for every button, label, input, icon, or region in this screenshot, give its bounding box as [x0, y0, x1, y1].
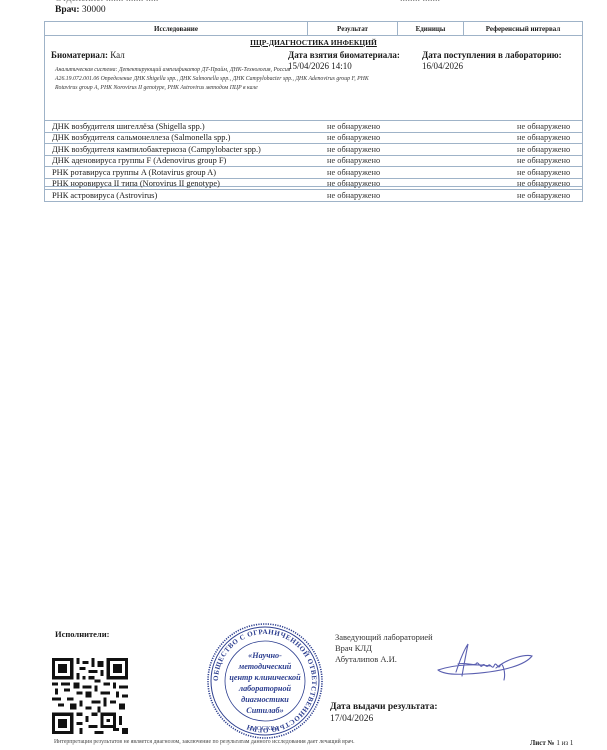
test-result: не обнаружено	[327, 122, 517, 131]
analytic-line: Rotavirus group A, РНК Norovirus II geno…	[55, 84, 535, 93]
cutoff-left-text: Отделение: ....... ....... .....	[55, 0, 158, 4]
issue-date: Дата выдачи результата: 17/04/2026	[330, 702, 437, 725]
column-header-result: Результат	[308, 22, 398, 35]
table-row: РНК ротавируса группы A (Rotavirus group…	[44, 167, 583, 179]
test-name: ДНК аденовируса группы F (Adenovirus gro…	[45, 156, 327, 165]
test-result: не обнаружено	[327, 145, 517, 154]
collection-date-label: Дата взятия биоматериала:	[288, 50, 400, 60]
stamp-line: центр клинической	[206, 672, 324, 683]
table-row: РНК астровируса (Astrovirus) не обнаруже…	[44, 190, 583, 202]
signature-icon	[436, 642, 536, 682]
issue-date-label: Дата выдачи результата:	[330, 702, 437, 712]
test-result: не обнаружено	[327, 179, 517, 188]
signer-name: Абуталипов А.И.	[335, 654, 433, 665]
stamp-bottom-text: МОСКВА	[251, 725, 279, 732]
test-name: РНК астровируса (Astrovirus)	[45, 191, 327, 200]
lab-stamp: ОБЩЕСТВО С ОГРАНИЧЕННОЙ ОТВЕТСТВЕННОСТЬЮ…	[206, 622, 324, 740]
sheet-number: Лист № 1 из 1	[530, 739, 573, 747]
stamp-line: «Научно-	[206, 650, 324, 661]
column-header-reference: Референсный интервал	[464, 22, 582, 35]
signer-block: Заведующий лабораторией Врач КЛД Абутали…	[335, 632, 433, 665]
cutoff-header-line: Отделение: ....... ....... ..... .......…	[55, 0, 575, 3]
test-name: РНК ротавируса группы A (Rotavirus group…	[45, 168, 327, 177]
issue-date-value: 17/04/2026	[330, 714, 373, 724]
test-result: не обнаружено	[327, 191, 517, 200]
stamp-line: диагностики	[206, 694, 324, 705]
test-reference: не обнаружено	[517, 145, 582, 154]
doctor-label: Врач:	[55, 5, 80, 15]
column-header-units: Единицы	[398, 22, 464, 35]
table-header: Исследование Результат Единицы Референсн…	[45, 22, 582, 36]
cutoff-right-text: ........ .......	[400, 0, 440, 4]
qr-code-icon[interactable]	[52, 658, 128, 734]
performers-label: Исполнители:	[55, 629, 109, 639]
received-date-label: Дата поступления в лабораторию:	[422, 50, 562, 60]
sheet-label: Лист №	[530, 739, 555, 747]
sheet-value: 1 из 1	[556, 739, 573, 747]
analytic-line: A26.19.072.001.06 Определение ДНК Shigel…	[55, 75, 535, 84]
biomaterial-value: Кал	[110, 50, 124, 60]
test-name: РНК норовируса II типа (Norovirus II gen…	[45, 179, 327, 188]
doctor-line: Врач: 30000	[55, 5, 106, 15]
stamp-line: лабораторной	[206, 683, 324, 694]
test-reference: не обнаружено	[517, 156, 582, 165]
test-result: не обнаружено	[327, 156, 517, 165]
biomaterial-label: Биоматериал:	[51, 50, 108, 60]
stamp-line: Ситилаб»	[206, 705, 324, 716]
table-row: ДНК возбудителя кампилобактериоза (Campy…	[44, 144, 583, 156]
table-row: ДНК возбудителя шигеллёза (Shigella spp.…	[44, 121, 583, 133]
test-reference: не обнаружено	[517, 133, 582, 142]
test-reference: не обнаружено	[517, 191, 582, 200]
doctor-value: 30000	[82, 5, 106, 15]
disclaimer-text: Интерпретация результатов не является ди…	[54, 739, 355, 745]
table-row: РНК норовируса II типа (Norovirus II gen…	[44, 179, 583, 191]
stamp-inner-text: «Научно- методический центр клинической …	[206, 650, 324, 716]
section-title: ПЦР-ДИАГНОСТИКА ИНФЕКЦИЙ	[45, 38, 582, 47]
signer-title: Врач КЛД	[335, 643, 433, 654]
signer-position: Заведующий лабораторией	[335, 632, 433, 643]
analytic-line: Аналитическая система: Детектирующий амп…	[55, 66, 535, 75]
test-result: не обнаружено	[327, 168, 517, 177]
test-reference: не обнаружено	[517, 179, 582, 188]
analytic-system-note: Аналитическая система: Детектирующий амп…	[55, 66, 535, 93]
column-header-study: Исследование	[45, 22, 308, 35]
test-name: ДНК возбудителя сальмонеллеза (Salmonell…	[45, 133, 327, 142]
test-name: ДНК возбудителя шигеллёза (Shigella spp.…	[45, 122, 327, 131]
test-name: ДНК возбудителя кампилобактериоза (Campy…	[45, 145, 327, 154]
test-result: не обнаружено	[327, 133, 517, 142]
stamp-line: методический	[206, 661, 324, 672]
table-row: ДНК возбудителя сальмонеллеза (Salmonell…	[44, 133, 583, 145]
table-row: ДНК аденовируса группы F (Adenovirus gro…	[44, 156, 583, 168]
test-reference: не обнаружено	[517, 168, 582, 177]
results-rows: ДНК возбудителя шигеллёза (Shigella spp.…	[44, 120, 583, 202]
biomaterial: Биоматериал: Кал	[51, 50, 125, 60]
test-reference: не обнаружено	[517, 122, 582, 131]
